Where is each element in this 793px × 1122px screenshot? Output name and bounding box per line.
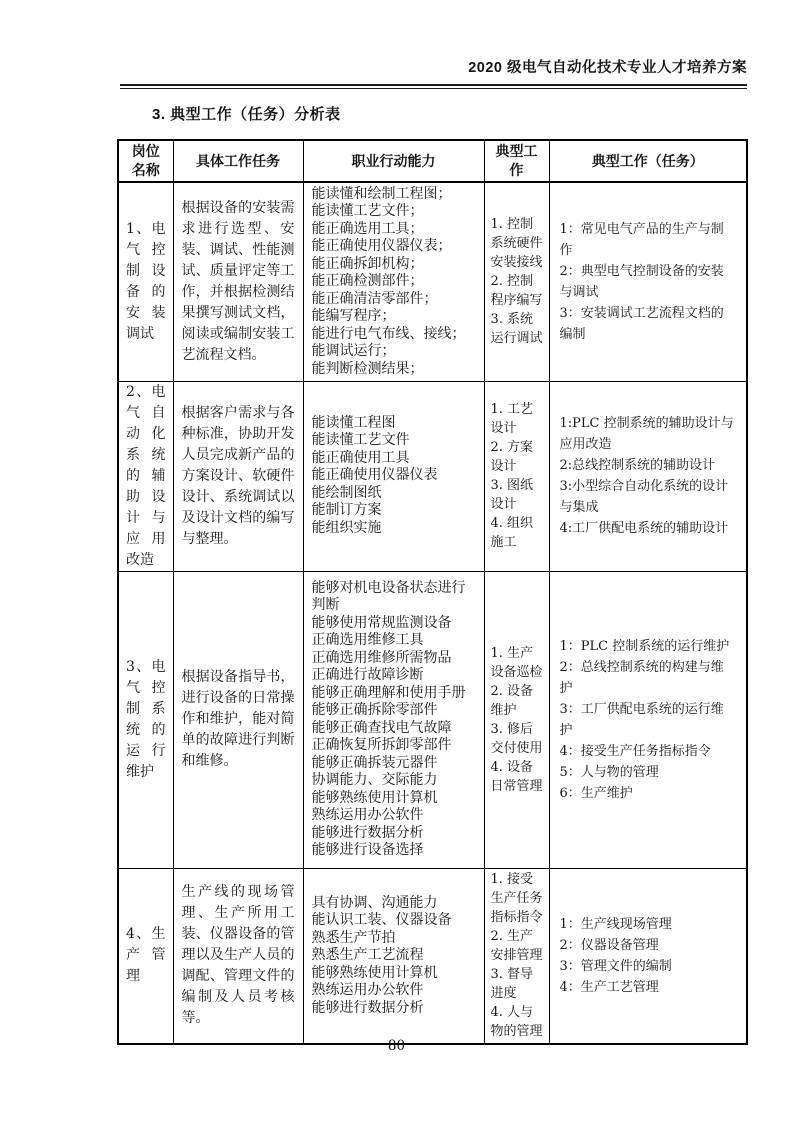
table-row-1: 1、电气控制设备的安装调试 根据设备的安装需求进行选型、安装、调试、性能测试、质… (118, 182, 747, 381)
line: 1:PLC 控制系统的辅助设计与应用改造 (560, 413, 737, 455)
page-number: 80 (0, 1038, 793, 1054)
line: 3. 督导进度 (491, 965, 543, 1003)
line: 1：生产线现场管理 (560, 914, 737, 935)
col-header-specific-tasks: 具体工作任务 (173, 140, 303, 182)
table-row-3: 3、电气控制系统的运行维护 根据设备指导书，进行设备的日常操作和维护，能对简单的… (118, 571, 747, 868)
line: 2:总线控制系统的辅助设计 (560, 455, 737, 476)
line: 2. 方案设计 (491, 438, 543, 476)
line: 能正确清洁零部件； (312, 291, 476, 309)
line: 能读懂工艺文件； (312, 203, 476, 221)
line: 2：典型电气控制设备的安装与调试 (560, 261, 737, 303)
line: 1. 控制系统硬件安装接线 (491, 215, 543, 272)
line: 能正确检测部件； (312, 273, 476, 291)
line: 2：总线控制系统的构建与维护 (560, 657, 737, 699)
line: 3. 图纸设计 (491, 476, 543, 514)
line: 能够进行数据分析 (312, 825, 476, 843)
line: 能编写程序； (312, 308, 476, 326)
table-header-row: 岗位名称 具体工作任务 职业行动能力 典型工作 典型工作（任务） (118, 140, 747, 182)
line: 1. 接受生产任务指标指令 (491, 870, 543, 927)
cell-abilities: 能读懂工程图能读懂工艺文件能正确使用工具能正确使用仪器仪表能绘制图纸能制订方案能… (303, 381, 484, 571)
line: 3：管理文件的编制 (560, 956, 737, 977)
line: 正确进行故障诊断 (312, 667, 476, 685)
line: 能正确选用工具； (312, 221, 476, 239)
line: 能正确使用工具 (312, 450, 476, 468)
col-header-occupational-abilities: 职业行动能力 (303, 140, 484, 182)
cell-typical-work: 1. 工艺设计2. 方案设计3. 图纸设计4. 组织施工 (484, 381, 549, 571)
line: 能读懂工艺文件 (312, 432, 476, 450)
document-header-text: 2020 级电气自动化技术专业人才培养方案 (120, 56, 747, 77)
cell-specific-task: 根据客户需求与各种标准，协助开发人员完成新产品的方案设计、软硬件设计、系统调试以… (173, 381, 303, 571)
section-title: 3. 典型工作（任务）分析表 (152, 103, 341, 124)
line: 3. 修后交付使用 (491, 720, 543, 758)
line: 1. 生产设备巡检 (491, 644, 543, 682)
cell-abilities: 具有协调、沟通能力能认识工装、仪器设备熟悉生产节拍熟悉生产工艺流程能够熟练使用计… (303, 868, 484, 1044)
cell-abilities: 能够对机电设备状态进行判断能够使用常规监测设备正确选用维修工具正确选用维修所需物… (303, 571, 484, 868)
cell-typical-tasks: 1：PLC 控制系统的运行维护2：总线控制系统的构建与维护3：工厂供配电系统的运… (549, 571, 747, 868)
cell-post-name: 3、电气控制系统的运行维护 (118, 571, 173, 868)
line: 能够正确拆装元器件 (312, 755, 476, 773)
line: 能够进行设备选择 (312, 842, 476, 860)
cell-post-name: 1、电气控制设备的安装调试 (118, 182, 173, 381)
line: 能够对机电设备状态进行判断 (312, 580, 476, 615)
line: 能够正确查找电气故障 (312, 720, 476, 738)
line: 能够使用常规监测设备 (312, 615, 476, 633)
cell-specific-task: 根据设备指导书，进行设备的日常操作和维护，能对简单的故障进行判断和维修。 (173, 571, 303, 868)
cell-typical-tasks: 1：常见电气产品的生产与制作2：典型电气控制设备的安装与调试3：安装调试工艺流程… (549, 182, 747, 381)
line: 能正确拆卸机构； (312, 256, 476, 274)
line: 能制订方案 (312, 502, 476, 520)
header-double-rule (120, 84, 747, 89)
line: 1. 工艺设计 (491, 400, 543, 438)
line: 正确恢复所拆卸零部件 (312, 737, 476, 755)
line: 3：安装调试工艺流程文档的编制 (560, 303, 737, 345)
line: 能调试运行； (312, 343, 476, 361)
line: 熟悉生产节拍 (312, 930, 476, 948)
line: 4:工厂供配电系统的辅助设计 (560, 518, 737, 539)
line: 能正确使用仪器仪表； (312, 238, 476, 256)
line: 能够熟练使用计算机 (312, 790, 476, 808)
line: 能读懂工程图 (312, 415, 476, 433)
line: 熟悉生产工艺流程 (312, 947, 476, 965)
line: 4. 人与物的管理 (491, 1003, 543, 1041)
line: 能判断检测结果； (312, 361, 476, 379)
line: 3：工厂供配电系统的运行维护 (560, 699, 737, 741)
line: 2. 生产安排管理 (491, 927, 543, 965)
task-analysis-table: 岗位名称 具体工作任务 职业行动能力 典型工作 典型工作（任务） 1、电气控制设… (117, 139, 748, 1045)
cell-specific-task: 生产线的现场管理、生产所用工装、仪器设备的管理以及生产人员的调配、管理文件的编制… (173, 868, 303, 1044)
line: 4. 组织施工 (491, 514, 543, 552)
line: 正确选用维修工具 (312, 632, 476, 650)
col-header-typical-work: 典型工作 (484, 140, 549, 182)
cell-post-name: 2、电气自动化系统的辅助设计与应用改造 (118, 381, 173, 571)
line: 能够正确理解和使用手册 (312, 685, 476, 703)
line: 3:小型综合自动化系统的设计与集成 (560, 476, 737, 518)
line: 能够进行数据分析 (312, 1000, 476, 1018)
line: 2：仪器设备管理 (560, 935, 737, 956)
line: 1：PLC 控制系统的运行维护 (560, 636, 737, 657)
line: 能认识工装、仪器设备 (312, 912, 476, 930)
cell-specific-task: 根据设备的安装需求进行选型、安装、调试、性能测试、质量评定等工作，并根据检测结果… (173, 182, 303, 381)
line: 协调能力、交际能力 (312, 772, 476, 790)
line: 能读懂和绘制工程图； (312, 186, 476, 204)
document-page: 2020 级电气自动化技术专业人才培养方案 3. 典型工作（任务）分析表 岗位名… (0, 0, 793, 1122)
line: 熟练运用办公软件 (312, 982, 476, 1000)
col-header-typical-work-tasks: 典型工作（任务） (549, 140, 747, 182)
line: 4：生产工艺管理 (560, 977, 737, 998)
line: 5：人与物的管理 (560, 762, 737, 783)
line: 正确选用维修所需物品 (312, 650, 476, 668)
line: 6：生产维护 (560, 783, 737, 804)
line: 能组织实施 (312, 520, 476, 538)
line: 能够熟练使用计算机 (312, 965, 476, 983)
cell-abilities: 能读懂和绘制工程图；能读懂工艺文件；能正确选用工具；能正确使用仪器仪表；能正确拆… (303, 182, 484, 381)
line: 3. 系统运行调试 (491, 310, 543, 348)
cell-typical-work: 1. 接受生产任务指标指令2. 生产安排管理3. 督导进度4. 人与物的管理 (484, 868, 549, 1044)
line: 能进行电气布线、接线； (312, 326, 476, 344)
line: 能绘制图纸 (312, 485, 476, 503)
line: 4. 设备日常管理 (491, 758, 543, 796)
line: 1：常见电气产品的生产与制作 (560, 219, 737, 261)
cell-typical-tasks: 1:PLC 控制系统的辅助设计与应用改造2:总线控制系统的辅助设计3:小型综合自… (549, 381, 747, 571)
line: 能够正确拆除零部件 (312, 702, 476, 720)
cell-post-name: 4、生产管理 (118, 868, 173, 1044)
line: 4：接受生产任务指标指令 (560, 741, 737, 762)
cell-typical-work: 1. 生产设备巡检2. 设备维护3. 修后交付使用4. 设备日常管理 (484, 571, 549, 868)
line: 2. 设备维护 (491, 682, 543, 720)
line: 熟练运用办公软件 (312, 807, 476, 825)
col-header-post-name: 岗位名称 (118, 140, 173, 182)
cell-typical-tasks: 1：生产线现场管理2：仪器设备管理3：管理文件的编制4：生产工艺管理 (549, 868, 747, 1044)
cell-typical-work: 1. 控制系统硬件安装接线2. 控制程序编写3. 系统运行调试 (484, 182, 549, 381)
table-row-4: 4、生产管理 生产线的现场管理、生产所用工装、仪器设备的管理以及生产人员的调配、… (118, 868, 747, 1044)
line: 具有协调、沟通能力 (312, 895, 476, 913)
table-row-2: 2、电气自动化系统的辅助设计与应用改造 根据客户需求与各种标准，协助开发人员完成… (118, 381, 747, 571)
line: 能正确使用仪器仪表 (312, 467, 476, 485)
line: 2. 控制程序编写 (491, 272, 543, 310)
